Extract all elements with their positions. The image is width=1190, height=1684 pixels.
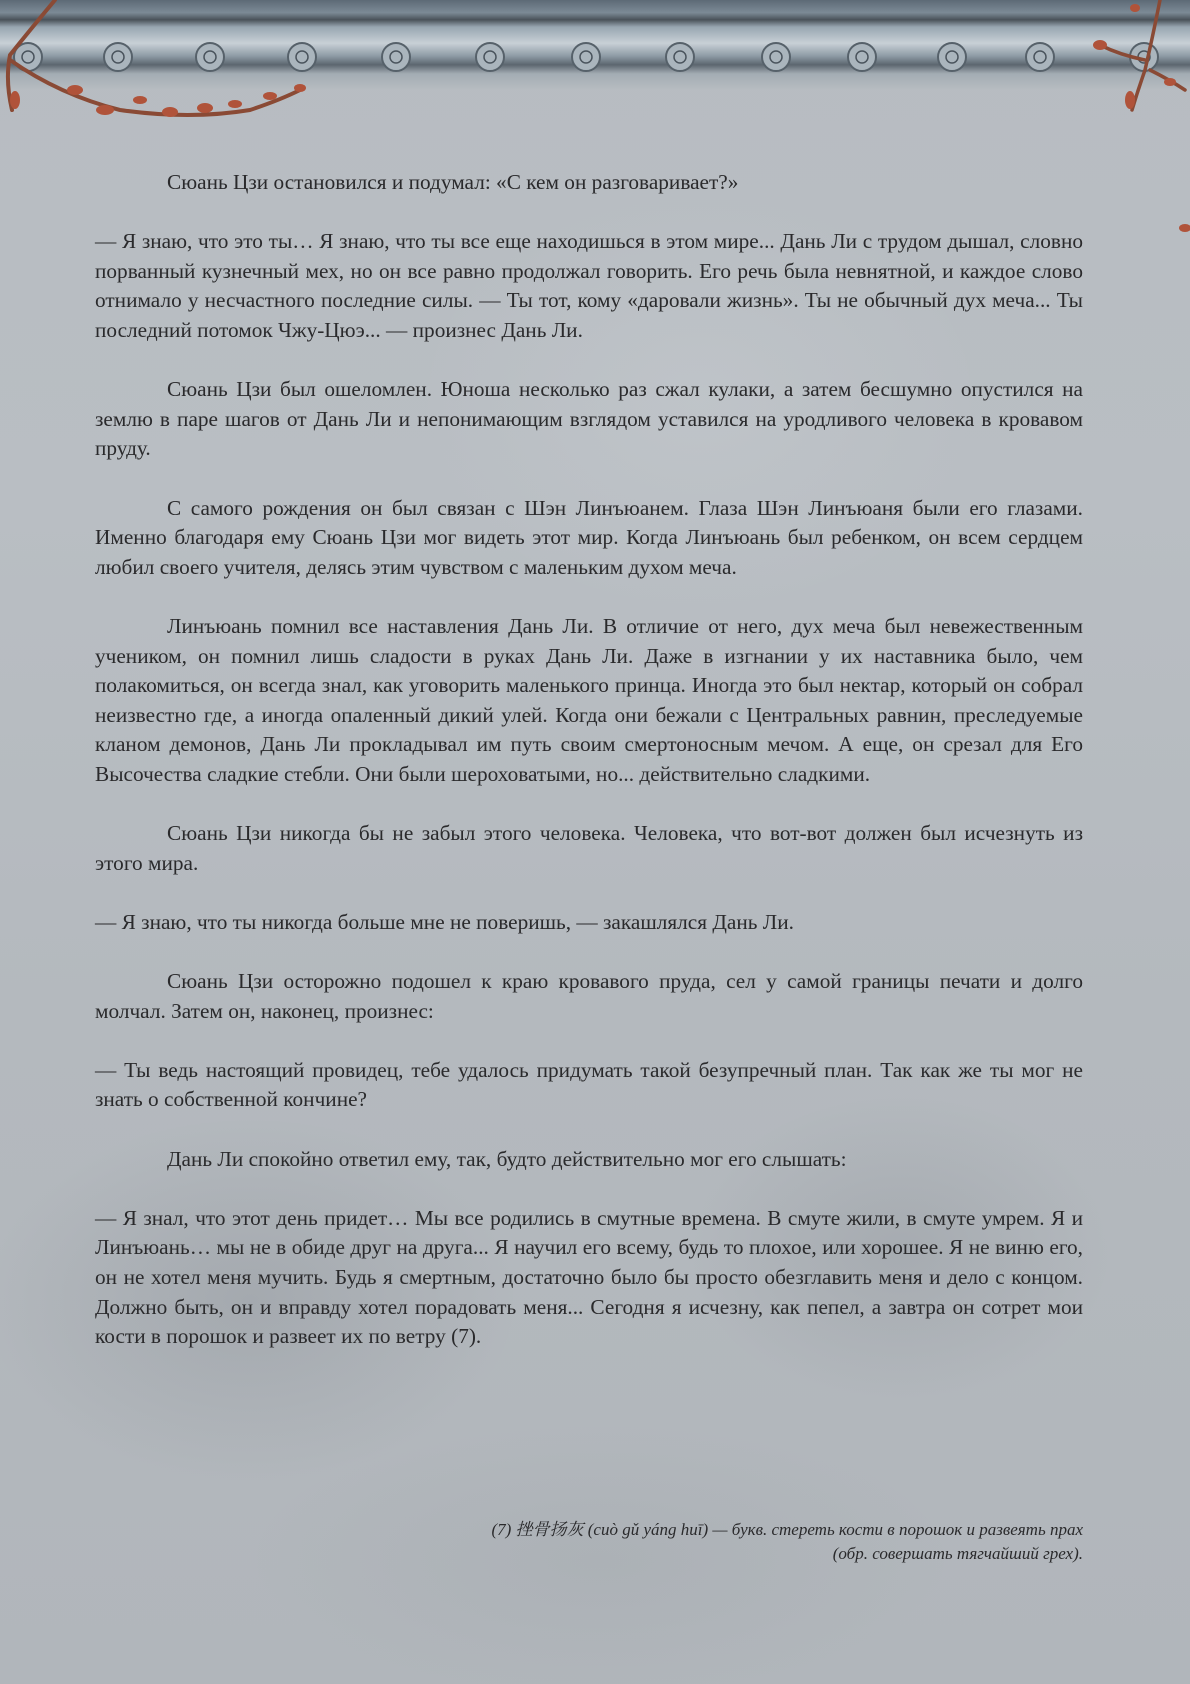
paragraph: С самого рождения он был связан с Шэн Ли… bbox=[95, 494, 1083, 583]
plum-branch-left-icon bbox=[0, 0, 310, 140]
paragraph: Сюань Цзи осторожно подошел к краю крова… bbox=[95, 967, 1083, 1026]
paragraph: Сюань Цзи никогда бы не забыл этого чело… bbox=[95, 819, 1083, 878]
paragraph: Дань Ли спокойно ответил ему, так, будто… bbox=[95, 1145, 1083, 1175]
dialogue-paragraph: — Я знаю, что это ты… Я знаю, что ты все… bbox=[95, 227, 1083, 345]
footnote: (7) 挫骨扬灰 (cuò gǔ yáng huī) — букв. стере… bbox=[340, 1518, 1083, 1566]
dialogue-paragraph: — Я знал, что этот день придет… Мы все р… bbox=[95, 1204, 1083, 1352]
paragraph: Сюань Цзи был ошеломлен. Юноша несколько… bbox=[95, 375, 1083, 464]
dialogue-paragraph: — Ты ведь настоящий провидец, тебе удало… bbox=[95, 1056, 1083, 1115]
paragraph: Сюань Цзи остановился и подумал: «С кем … bbox=[95, 168, 1083, 198]
paragraph: Линъюань помнил все наставления Дань Ли.… bbox=[95, 612, 1083, 790]
dialogue-paragraph: — Я знаю, что ты никогда больше мне не п… bbox=[95, 908, 1083, 938]
footnote-line-1: (7) 挫骨扬灰 (cuò gǔ yáng huī) — букв. стере… bbox=[340, 1518, 1083, 1542]
body-text: Сюань Цзи остановился и подумал: «С кем … bbox=[95, 168, 1083, 1381]
footnote-line-2: (обр. совершать тягчайший грех). bbox=[340, 1542, 1083, 1566]
